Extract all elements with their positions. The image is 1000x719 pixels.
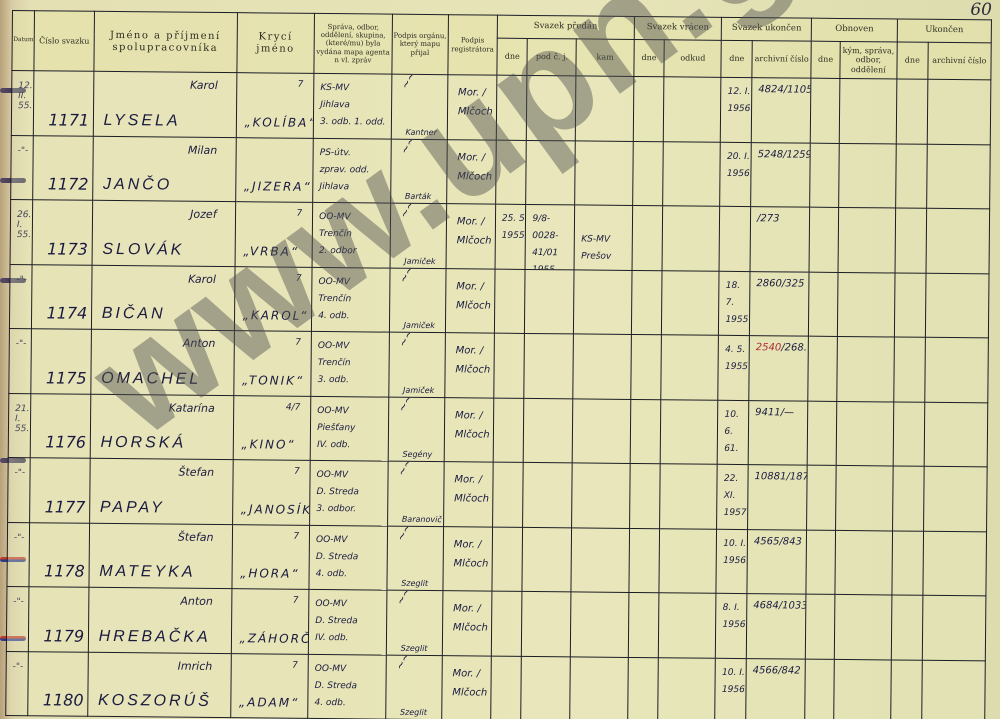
cell-podpis-organu: ~~~~ Jamiček [389, 268, 446, 333]
organ-signature-name: Szeglit [401, 579, 428, 588]
cell-datum: -"- [9, 328, 32, 393]
cell-predan-cj [522, 591, 572, 656]
unit-text: KS-MVJihlava3. odb. 1. odd. [320, 80, 386, 132]
first-name: Karol [188, 272, 216, 285]
cell-vracen-odkud [660, 399, 718, 464]
unit-line: OO-MV [318, 338, 351, 355]
cell-obnoven-dne [809, 207, 838, 272]
cell-ukoncen-dne: 12. I. 1956. [721, 77, 752, 142]
date-mark: -"- [14, 533, 25, 543]
cell-predan-kam [573, 334, 631, 399]
surname: KOSZORÚŠ [98, 692, 212, 711]
volume-number: 1175 [46, 368, 87, 387]
col-podpis-organu: Podpis orgánu, který mapu přijal [392, 14, 449, 75]
surname: BIČAN [102, 305, 166, 324]
cell-sprava: PS-útv.zprav. odd.Jihlava [313, 138, 391, 203]
signature-scribble: ~~~~ [397, 139, 427, 156]
cell-obnoven-dne [809, 272, 838, 337]
cell-vracen-dne [629, 463, 660, 528]
organ-signature-name: Baranovič [402, 514, 442, 523]
cell-obnoven-dne [810, 143, 839, 208]
cell-datum: 12. II. 55. [11, 71, 34, 136]
unit-line: IV. odb. [317, 437, 355, 454]
cell-obnoven-dne [810, 78, 839, 143]
cell-ukoncen-arch: 5248/1259 [751, 142, 811, 207]
cell-ukoncen2-arch [926, 208, 990, 273]
cell-vracen-odkud [661, 335, 719, 400]
cell-sprava: OO-MVD. Streda3. odbor. [310, 460, 388, 525]
unit-line: 3. odb. 1. odd. [320, 114, 386, 132]
surname: MATEYKA [99, 563, 195, 582]
page-number: 60 [970, 0, 992, 20]
cover-name: „KINO“ [241, 437, 295, 452]
unit-line: D. Streda [316, 549, 359, 566]
cell-vracen-odkud [662, 206, 720, 271]
archive-number: 4566/842 [753, 665, 801, 676]
cell-podpis-registratora: Mor. / Mlčoch [443, 462, 493, 527]
cell-cislo: 1171 [34, 71, 94, 136]
volume-number: 1173 [47, 239, 88, 258]
cell-ukoncen2-arch [925, 273, 989, 338]
col-jmeno: Jméno a příjmení spolupracovníka [94, 11, 237, 72]
unit-text: PS-útv.zprav. odd.Jihlava [319, 144, 369, 196]
cover-mark: 7 [292, 660, 298, 670]
unit-line: 3. odb. [318, 372, 351, 389]
surname: LYSELA [104, 111, 181, 130]
unit-line: 4. odb. [314, 695, 357, 712]
date-mark: 12. II. 55. [18, 81, 34, 111]
organ-signature-name: Segény [402, 450, 432, 459]
unit-line: IV. odb. [315, 630, 358, 647]
cover-name: „HORA“ [240, 566, 300, 581]
cell-predan-dne [491, 591, 522, 656]
unit-line: 2. odbor [319, 243, 357, 260]
registrar-signature: Mor. / Mlčoch [455, 406, 493, 444]
unit-text: OO-MVTrenčín2. odbor [319, 209, 357, 261]
cell-datum: -"- [6, 586, 29, 651]
cell-predan-cj [526, 140, 576, 205]
col-cislo-svazku: Číslo svazku [34, 11, 94, 72]
cell-ukoncen-dne: 4. 5. 1955. [718, 335, 749, 400]
organ-signature-name: Jamiček [404, 256, 435, 265]
cell-predan-dne [496, 140, 527, 205]
cell-ukoncen2-dne [895, 208, 926, 273]
cell-ukoncen2-dne [894, 337, 925, 402]
first-name: Štefan [178, 466, 214, 479]
cell-predan-kam [571, 592, 629, 657]
registrar-signature: Mor. / Mlčoch [457, 148, 495, 186]
cell-ukoncen-dne: 18. 7. 1955 [719, 271, 750, 336]
unit-line: KS-MV [320, 80, 386, 98]
volume-number: 1177 [45, 497, 86, 516]
cell-jmeno: Jozef SLOVÁK [92, 200, 236, 266]
cell-datum: -"- [8, 457, 31, 522]
date-mark: 21. I. 55. [15, 404, 31, 434]
archive-number: 2540/268. [756, 342, 807, 353]
col-ukoncen-arch: archivní číslo [752, 41, 812, 79]
cover-name: „ADAM“ [239, 695, 300, 710]
cell-ukoncen2-dne [896, 143, 927, 208]
registrar-signature: Mor. / Mlčoch [452, 664, 490, 702]
table-row: 12. II. 55. 1171 Karol LYSELA 7 „KOLÍBA“… [11, 71, 991, 145]
unit-line: OO-MV [318, 273, 351, 290]
cell-podpis-organu: ~~~~ Szeglit [386, 590, 443, 655]
unit-text: OO-MVTrenčín4. odb. [318, 273, 351, 325]
cell-ukoncen2-arch [924, 337, 988, 402]
cell-vracen-odkud [658, 657, 716, 719]
table-row: 21. I. 55. 1176 Katarína HORSKÁ 4/7 „KIN… [8, 393, 988, 467]
cell-cislo: 1179 [29, 587, 89, 652]
date-mark: -"- [16, 275, 27, 285]
volume-number: 1172 [48, 174, 89, 193]
signature-scribble: ~~~~ [396, 268, 426, 285]
col-ukoncen2-dne: dne [897, 42, 928, 79]
surname: SLOVÁK [102, 240, 184, 259]
cell-podpis-registratora: Mor. / Mlčoch [446, 204, 496, 269]
cell-podpis-registratora: Mor. / Mlčoch [447, 139, 497, 204]
cell-datum: 26. I. 55. [10, 199, 33, 264]
cell-ukoncen2-dne [891, 595, 922, 660]
closed-date: 10. I. 1956. [722, 664, 746, 698]
closed-date: 18. 7. 1955 [725, 277, 749, 329]
closed-date: 8. I. 1956. [722, 600, 746, 634]
cell-predan-cj [524, 333, 574, 398]
cell-ukoncen2-arch [924, 402, 988, 467]
surname: HREBAČKA [99, 627, 211, 646]
unit-line: D. Streda [316, 484, 359, 501]
cell-obnoven-dne [807, 465, 836, 530]
registrar-signature: Mor. / Mlčoch [455, 341, 493, 379]
unit-line: Jihlava [320, 97, 386, 115]
signature-scribble: ~~~~ [392, 655, 422, 672]
cell-obnoven-kym [834, 594, 892, 659]
cell-sprava: OO-MVD. Streda4. odb. [308, 654, 386, 719]
cell-obnoven-kym [835, 530, 893, 595]
cell-datum: -"- [6, 651, 29, 716]
cell-obnoven-dne [807, 401, 836, 466]
cover-mark: 7 [295, 338, 301, 348]
cell-ukoncen-arch: 4565/843 [747, 529, 807, 594]
cell-ukoncen-arch: 4566/842 [746, 658, 806, 719]
archive-number-text: 10881/1874 [755, 471, 808, 483]
signature-scribble: ~~~~ [393, 590, 423, 607]
cover-mark: 7 [293, 531, 299, 541]
cell-ukoncen-dne: 22. XI. 1957. [717, 464, 748, 529]
cell-sprava: OO-MVPiešťanyIV. odb. [310, 396, 388, 461]
organ-signature-name: Szeglit [400, 708, 427, 717]
cell-kryci-jmeno: 7 „HORA“ [232, 524, 310, 589]
cell-ukoncen-dne: 8. I. 1956. [716, 593, 747, 658]
col-datum: Datum [12, 11, 35, 71]
cell-ukoncen-arch: 4684/1033 [746, 594, 806, 659]
cell-obnoven-dne [805, 659, 834, 719]
cell-predan-kam [573, 398, 631, 463]
first-name: Jozef [190, 208, 217, 221]
table-row: 26. I. 55. 1173 Jozef SLOVÁK 7 „VRBA“ OO… [10, 199, 990, 273]
cell-vracen-dne [633, 76, 664, 141]
cell-ukoncen2-dne [894, 272, 925, 337]
cover-name: „JANOSÍK“ [241, 502, 311, 517]
archive-number: 9411/— [755, 407, 794, 418]
cell-obnoven-kym [834, 659, 892, 719]
cell-ukoncen2-arch [922, 595, 986, 660]
signature-scribble: ~~~~ [398, 74, 428, 91]
cell-predan-cj [523, 462, 573, 527]
unit-line: OO-MV [317, 467, 360, 484]
cover-name: „KOLÍBA“ [244, 115, 314, 130]
cell-obnoven-kym [835, 465, 893, 530]
archive-number-text: 9411/— [755, 407, 794, 418]
cell-vracen-dne [630, 399, 661, 464]
cell-kryci-jmeno: 7 „ZÁHORČAN“ [231, 589, 309, 654]
cell-cislo: 1174 [32, 264, 92, 329]
cell-cislo: 1178 [29, 522, 89, 587]
cell-obnoven-dne [808, 336, 837, 401]
table-row: -"- 1174 Karol BIČAN 7 „KAROL“ OO-MVTren… [9, 264, 989, 338]
unit-line: OO-MV [316, 531, 359, 548]
cover-mark: 7 [294, 467, 300, 477]
cell-vracen-dne [632, 141, 663, 206]
cell-obnoven-dne [806, 594, 835, 659]
ledger-body: 12. II. 55. 1171 Karol LYSELA 7 „KOLÍBA“… [6, 71, 991, 719]
cell-jmeno: Anton OMACHEL [90, 329, 234, 395]
registrar-signature: Mor. / Mlčoch [453, 599, 491, 637]
cell-podpis-organu: ~~~~ Baranovič [387, 461, 444, 526]
unit-line: zprav. odd. [320, 162, 370, 180]
surname: HORSKÁ [100, 434, 186, 453]
cell-ukoncen2-arch [927, 79, 991, 144]
cover-mark: 4/7 [286, 402, 301, 412]
cell-podpis-registratora: Mor. / Mlčoch [443, 526, 493, 591]
cell-sprava: KS-MVJihlava3. odb. 1. odd. [313, 73, 391, 138]
cell-podpis-registratora: Mor. / Mlčoch [445, 333, 495, 398]
cell-kryci-jmeno: 7 „ADAM“ [230, 653, 308, 718]
table-row: -"- 1172 Milan JANČO „JIZERA“ PS-útv.zpr… [11, 135, 991, 209]
cell-predan-dne [494, 269, 525, 334]
cell-vracen-odkud [660, 464, 718, 529]
first-name: Milan [188, 143, 217, 156]
cell-podpis-organu: ~~~~ Jamiček [389, 332, 446, 397]
registrar-signature: Mor. / Mlčoch [456, 277, 494, 315]
col-predan-cj: pod č. j. [527, 38, 576, 75]
registrar-signature: Mor. / Mlčoch [458, 83, 496, 121]
cell-vracen-dne [630, 334, 661, 399]
col-sprava: Správa, odbor, oddělení, skupina, (které… [314, 13, 392, 74]
cell-ukoncen-arch: 2860/325 [749, 271, 809, 336]
signature-scribble: ~~~~ [397, 203, 427, 220]
unit-line: PS-útv. [320, 144, 370, 162]
cover-name: „KAROL“ [243, 308, 309, 323]
archive-number-text: 4824/1105 [758, 84, 811, 96]
cell-ukoncen2-dne [893, 466, 924, 531]
closed-date: 10. 6. 61. [724, 406, 748, 458]
volume-number: 1176 [45, 432, 86, 451]
cell-obnoven-kym [836, 401, 894, 466]
table-row: -"- 1175 Anton OMACHEL 7 „TONIK“ OO-MVTr… [9, 328, 989, 402]
surname: OMACHEL [101, 369, 201, 388]
archive-number-text: 4684/1033 [753, 600, 806, 612]
archive-number: 4684/1033 [753, 600, 806, 612]
unit-line: OO-MV [315, 660, 358, 677]
cell-ukoncen-arch: 2540/268. [749, 336, 809, 401]
handed-ref: 9/8-0028-41/01 1955 [532, 211, 575, 269]
ledger-table: Datum Číslo svazku Jméno a příjmení spol… [5, 10, 992, 719]
unit-line: OO-MV [315, 596, 358, 613]
unit-line: Jihlava [319, 179, 369, 197]
first-name: Štefan [178, 530, 214, 543]
unit-text: OO-MVD. Streda4. odb. [316, 531, 359, 583]
first-name: Anton [180, 595, 213, 608]
unit-text: OO-MVD. Streda3. odbor. [316, 467, 359, 519]
cell-ukoncen-dne: 10. I. 1956. [715, 658, 746, 719]
cell-ukoncen2-arch [923, 466, 987, 531]
unit-line: Piešťany [317, 420, 355, 437]
registrar-signature: Mor. / Mlčoch [454, 470, 492, 508]
cell-obnoven-kym [837, 336, 895, 401]
col-vracen-dne: dne [634, 39, 665, 76]
closed-date: 22. XI. 1957. [724, 471, 749, 523]
cell-cislo: 1173 [33, 200, 93, 265]
archive-number: 4824/1105 [758, 84, 811, 96]
cell-podpis-registratora: Mor. / Mlčoch [445, 268, 495, 333]
col-predan-dne: dne [497, 38, 528, 75]
cell-predan-cj [524, 398, 574, 463]
cell-jmeno: Karol BIČAN [91, 265, 235, 331]
archive-number-text: 4566/842 [753, 665, 801, 676]
unit-line: OO-MV [317, 402, 355, 419]
unit-line: Trenčín [319, 226, 357, 243]
cell-sprava: OO-MVTrenčín4. odb. [312, 267, 390, 332]
closed-date: 10. I. 1956. [723, 535, 747, 569]
signature-scribble: ~~~~ [394, 461, 424, 478]
unit-text: OO-MVPiešťanyIV. odb. [317, 402, 356, 454]
surname: PAPAY [100, 498, 165, 517]
registrar-signature: Mor. / Mlčoch [457, 212, 495, 250]
archive-number: /273 [757, 213, 780, 224]
date-mark: 26. I. 55. [17, 210, 33, 240]
cell-ukoncen-arch: /273 [750, 207, 810, 272]
archive-number: 4565/843 [754, 536, 802, 547]
signature-scribble: ~~~~ [396, 332, 426, 349]
cell-vracen-dne [628, 592, 659, 657]
cell-ukoncen-dne: 20. I. 1956. [720, 142, 751, 207]
cell-ukoncen2-arch [921, 660, 985, 719]
organ-signature-name: Jamiček [404, 321, 435, 330]
cell-cislo: 1172 [33, 135, 93, 200]
cell-vracen-odkud [659, 593, 717, 658]
unit-text: OO-MVD. Streda4. odb. [314, 660, 357, 712]
cell-jmeno: Štefan MATEYKA [89, 523, 233, 589]
table-row: -"- 1180 Imrich KOSZORÚŠ 7 „ADAM“ OO-MVD… [6, 651, 986, 719]
cell-predan-kam [575, 140, 633, 205]
cell-podpis-organu: ~~~~ Jamiček [390, 203, 447, 268]
date-mark: -"- [13, 597, 24, 607]
closed-date: 12. I. 1956. [727, 84, 751, 118]
cell-predan-cj: 9/8-0028-41/01 1955 [525, 204, 575, 269]
cell-kryci-jmeno: 7 „TONIK“ [233, 331, 311, 396]
cell-predan-dne [496, 75, 527, 140]
organ-signature-name: Kantner [406, 127, 437, 136]
unit-line: Trenčín [318, 291, 351, 308]
cell-predan-dne [494, 333, 525, 398]
cell-podpis-registratora: Mor. / Mlčoch [444, 397, 494, 462]
organ-signature-name: Barták [405, 192, 431, 201]
unit-line: D. Streda [315, 613, 358, 630]
cell-ukoncen2-dne [891, 659, 922, 719]
col-svazek-predan: Svazek předán [497, 15, 634, 39]
closed-date: 4. 5. 1955. [725, 342, 749, 376]
cell-datum: -"- [7, 522, 30, 587]
archive-number-text: /273 [757, 213, 780, 224]
first-name: Karol [190, 79, 218, 92]
cell-ukoncen-arch: 4824/1105 [751, 78, 811, 143]
cell-datum: 21. I. 55. [8, 393, 31, 458]
date-mark: -"- [18, 146, 29, 156]
cell-predan-dne [491, 656, 522, 719]
archive-number: 5248/1259 [758, 149, 811, 161]
volume-number: 1180 [43, 690, 84, 709]
date-mark: -"- [15, 468, 26, 478]
cell-predan-dne [492, 527, 523, 592]
cover-mark: 7 [298, 80, 304, 90]
archive-number-text: 2860/325 [756, 278, 804, 289]
cell-cislo: 1176 [31, 393, 91, 458]
cell-obnoven-kym [837, 272, 895, 337]
cell-podpis-organu: ~~~~ Kantner [391, 74, 448, 139]
col-ukoncen2-arch: archivní číslo [927, 42, 991, 80]
cell-kryci-jmeno: 4/7 „KINO“ [233, 395, 311, 460]
registrar-signature: Mor. / Mlčoch [453, 535, 491, 573]
date-mark: -"- [16, 339, 27, 349]
col-obnoven: Obnoven [811, 18, 897, 42]
cell-podpis-organu: ~~~~ Szeglit [385, 655, 442, 719]
cell-sprava: OO-MVTrenčín2. odbor [312, 202, 390, 267]
cell-vracen-dne [632, 205, 663, 270]
cell-predan-kam [572, 463, 630, 528]
cell-predan-cj [522, 527, 572, 592]
col-ukoncen-dne: dne [721, 40, 752, 77]
cell-predan-dne [493, 398, 524, 463]
cell-jmeno: Anton HREBAČKA [88, 587, 232, 653]
archive-number: 2860/325 [756, 278, 804, 289]
cell-vracen-dne [631, 270, 662, 335]
cell-ukoncen-dne [719, 206, 750, 271]
organ-signature-name: Szeglit [401, 643, 428, 652]
col-svazek-ukoncen: Svazek ukončen [722, 17, 812, 41]
col-ukoncen: Ukončen [897, 19, 991, 43]
cell-predan-kam [576, 76, 634, 141]
cover-mark: 7 [293, 596, 299, 606]
col-svazek-vracen: Svazek vrácen [634, 16, 722, 40]
cell-cislo: 1175 [31, 329, 91, 394]
archive-number-text: /268. [781, 342, 807, 353]
cell-sprava: OO-MVTrenčín3. odb. [311, 331, 389, 396]
cell-jmeno: Imrich KOSZORÚŠ [87, 652, 231, 718]
cell-podpis-registratora: Mor. / Mlčoch [447, 75, 497, 140]
cell-ukoncen2-arch [926, 144, 990, 209]
cell-vracen-odkud [659, 528, 717, 593]
cell-vracen-dne [629, 528, 660, 593]
first-name: Imrich [178, 659, 213, 672]
archive-number-text: 5248/1259 [758, 149, 811, 161]
first-name: Anton [183, 337, 216, 350]
cell-ukoncen-arch: 10881/1874 [748, 465, 808, 530]
cell-vracen-odkud [664, 77, 722, 142]
cell-ukoncen-arch: 9411/— [748, 400, 808, 465]
cell-predan-dne [492, 462, 523, 527]
col-obnoven-kym: kým, správa, odbor, oddělení [840, 41, 898, 79]
volume-number: 1171 [48, 110, 89, 129]
